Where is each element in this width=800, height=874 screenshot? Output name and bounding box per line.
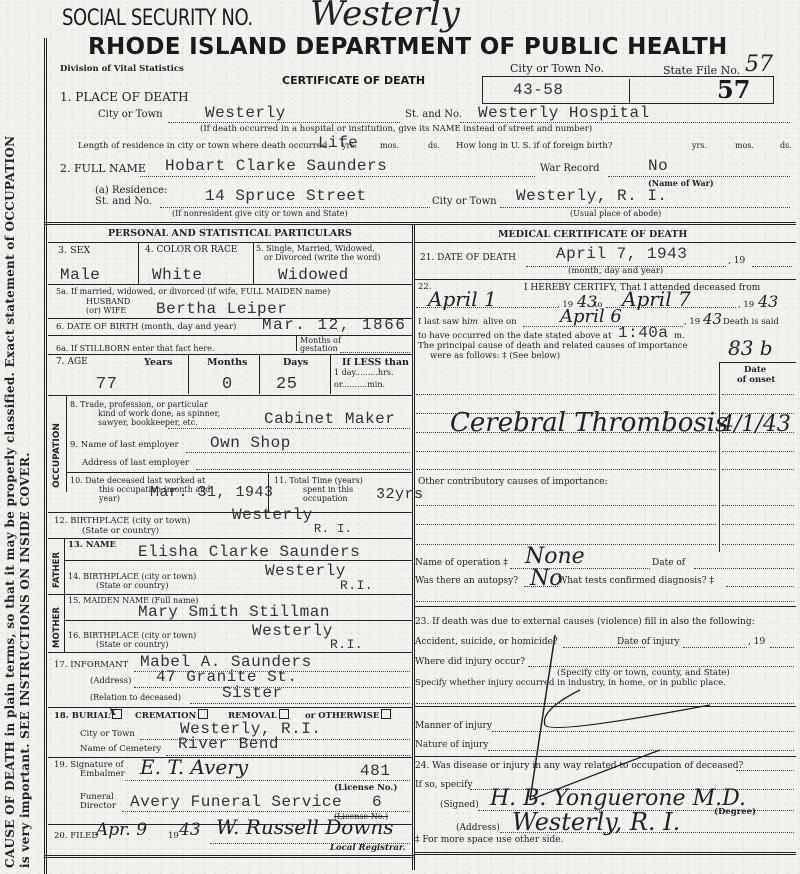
certificate-title: CERTIFICATE OF DEATH [282, 74, 425, 87]
handwritten-town: Westerly [310, 0, 460, 34]
employer-value: Own Shop [210, 434, 291, 452]
age-years-value: 77 [96, 375, 117, 394]
father-name-value: Elisha Clarke Saunders [138, 543, 360, 561]
dob-value: Mar. 12, 1866 [262, 316, 406, 334]
filed-year: 43 [179, 820, 201, 840]
state-file-no-handwritten: 57 [745, 52, 773, 77]
birthplace-state: R. I. [314, 522, 353, 536]
strike-through-mark [520, 630, 740, 810]
filed-date: Apr. 9 [96, 820, 147, 840]
father-side-label: FATHER [52, 552, 62, 588]
place-city-value: Westerly [205, 104, 286, 122]
state-file-no-stamped: 57 [717, 75, 750, 104]
division-label: Division of Vital Statistics [60, 64, 184, 74]
date-of-death-value: April 7, 1943 [556, 245, 687, 263]
department-title: RHODE ISLAND DEPARTMENT OF PUBLIC HEALTH [88, 34, 728, 60]
social-security-label: SOCIAL SECURITY NO. [62, 6, 253, 31]
trade-value: Cabinet Maker [264, 410, 395, 428]
handwritten-annotation: 83 b [728, 336, 773, 360]
residence-city-value: Westerly, R. I. [516, 187, 668, 205]
father-birthplace-state: R.I. [340, 578, 373, 593]
medical-section-title: MEDICAL CERTIFICATE OF DEATH [498, 229, 687, 240]
embalmer-license-value: 481 [360, 762, 390, 780]
father-birthplace-city: Westerly [265, 562, 346, 580]
place-street-value: Westerly Hospital [478, 104, 650, 122]
mother-maiden-value: Mary Smith Stillman [138, 603, 330, 621]
removal-checkbox[interactable] [279, 709, 289, 719]
margin-instruction-line1: CAUSE OF DEATH in plain terms, so that i… [3, 136, 17, 868]
last-saw-date: April 6 [560, 306, 622, 327]
war-record-value: No [648, 157, 668, 175]
age-months-value: 0 [222, 375, 233, 394]
last-worked-value: Mar. 31, 1943 [150, 484, 274, 501]
attended-to-year: 43 [758, 292, 778, 311]
mother-birthplace-city: Westerly [252, 622, 333, 640]
director-license-value: 6 [372, 793, 382, 811]
personal-section-title: PERSONAL AND STATISTICAL PARTICULARS [108, 228, 352, 239]
total-time-value: 32yrs [376, 486, 424, 503]
city-town-no-label: City or Town No. [510, 62, 604, 75]
cremation-checkbox[interactable] [198, 709, 208, 719]
mother-side-label: MOTHER [52, 607, 62, 648]
city-town-no-value: 43-58 [513, 81, 564, 99]
full-name-value: Hobart Clarke Saunders [165, 157, 387, 175]
cause-onset-date: 4/1/43 [720, 412, 791, 437]
mother-birthplace-state: R.I. [330, 637, 363, 652]
residence-value: 14 Spruce Street [205, 187, 367, 205]
embalmer-signature: E. T. Avery [140, 755, 248, 779]
margin-instruction-line2: is very important. SEE INSTRUCTIONS ON I… [18, 452, 32, 868]
death-certificate-page: CAUSE OF DEATH in plain terms, so that i… [0, 0, 800, 874]
cemetery-value: River Bend [178, 735, 279, 753]
file-number-box: 43-58 57 [482, 76, 774, 104]
time-of-death: 1:40a [618, 324, 669, 342]
race-value: White [152, 266, 203, 284]
age-days-value: 25 [276, 375, 297, 394]
birthplace-city: Westerly [232, 506, 313, 524]
place-of-death-label: 1. PLACE OF DEATH [60, 90, 189, 104]
cause-of-death: Cerebral Thrombosis [450, 408, 728, 438]
last-saw-year: 43 [703, 310, 722, 328]
sex-value: Male [60, 266, 100, 284]
marital-value: Widowed [278, 266, 349, 284]
form-left-border [44, 38, 47, 874]
informant-relation-value: Sister [222, 684, 283, 702]
otherwise-checkbox[interactable] [381, 709, 391, 719]
burial-checkbox[interactable] [112, 709, 122, 719]
occupation-side-label: OCCUPATION [52, 423, 62, 488]
registrar-signature: W. Russell Downs [216, 815, 394, 839]
funeral-director-value: Avery Funeral Service [130, 793, 342, 811]
